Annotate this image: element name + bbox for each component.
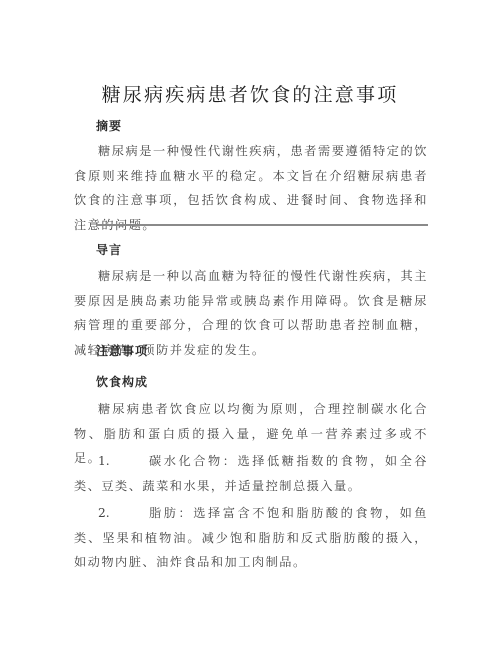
document-page: 糖尿病疾病患者饮食的注意事项 摘要 糖尿病是一种慢性代谢性疾病，患者需要遵循特定… xyxy=(0,0,500,647)
document-title: 糖尿病疾病患者饮食的注意事项 xyxy=(0,80,500,107)
abstract-paragraph: 糖尿病是一种慢性代谢性疾病，患者需要遵循特定的饮食原则来维持血糖水平的稳定。本文… xyxy=(74,139,428,237)
abstract-heading: 摘要 xyxy=(96,117,122,134)
list-item-number: 1. xyxy=(74,449,148,474)
list-item: 2.脂肪：选择富含不饱和脂肪酸的食物，如鱼类、坚果和植物油。减少饱和脂肪和反式脂… xyxy=(74,501,428,575)
diet-composition-heading: 饮食构成 xyxy=(96,373,148,390)
introduction-heading: 导言 xyxy=(96,241,122,258)
precautions-heading: 注意事项 xyxy=(96,342,148,359)
list-item: 1.碳水化合物：选择低糖指数的食物，如全谷类、豆类、蔬菜和水果，并适量控制总摄入… xyxy=(74,449,428,498)
list-item-number: 2. xyxy=(74,501,148,526)
section-divider xyxy=(96,224,428,226)
